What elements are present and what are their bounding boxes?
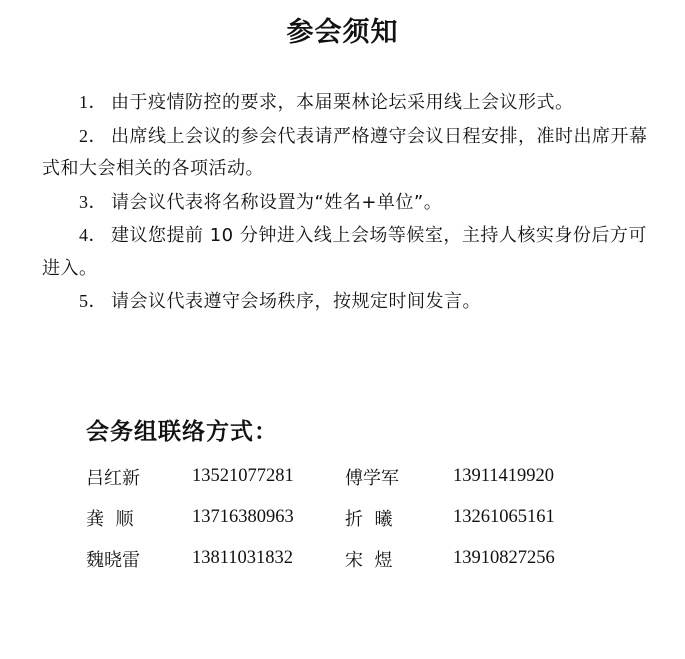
contact-phone: 13521077281 [192,466,345,487]
contact-phone: 13811031832 [192,548,345,569]
notice-list: 1．由于疫情防控的要求，本届栗林论坛采用线上会议形式。 2．出席线上会议的参会代… [42,86,662,319]
contact-phone: 13716380963 [192,507,345,528]
notice-item: 3．请会议代表将名称设置为“姓名+单位”。 [42,186,662,220]
contact-name: 宋 煜 [345,546,453,572]
contact-name: 折 曦 [345,505,453,531]
notice-item-number: 4． [79,225,107,245]
contact-phone: 13261065161 [453,507,606,528]
contact-phone: 13910827256 [453,548,606,569]
notice-item-number: 3． [79,192,107,212]
contact-name: 魏晓雷 [86,546,192,572]
notice-item-text: 由于疫情防控的要求，本届栗林论坛采用线上会议形式。 [111,92,574,113]
contact-name: 吕红新 [86,464,192,490]
contact-row: 龚 顺 13716380963 折 曦 13261065161 [86,497,606,538]
contact-row: 魏晓雷 13811031832 宋 煜 13910827256 [86,538,606,579]
notice-item-number: 2． [79,126,107,146]
notice-item-text: 建议您提前 10 分钟进入线上会场等候室，主持人核实身份后方可进入。 [42,225,647,279]
notice-item: 4．建议您提前 10 分钟进入线上会场等候室，主持人核实身份后方可进入。 [42,219,662,285]
notice-item-text: 请会议代表遵守会场秩序，按规定时间发言。 [111,291,481,312]
contact-name: 龚 顺 [86,505,192,531]
notice-item: 5．请会议代表遵守会场秩序，按规定时间发言。 [42,285,662,319]
contact-name: 傅学军 [345,464,453,490]
contact-phone: 13911419920 [453,466,606,487]
contacts-table: 吕红新 13521077281 傅学军 13911419920 龚 顺 1371… [86,456,606,579]
contacts-heading: 会务组联络方式： [86,413,278,446]
notice-item: 1．由于疫情防控的要求，本届栗林论坛采用线上会议形式。 [42,86,662,120]
page-title: 参会须知 [0,10,685,49]
notice-item: 2．出席线上会议的参会代表请严格遵守会议日程安排，准时出席开幕式和大会相关的各项… [42,120,662,186]
notice-item-text: 出席线上会议的参会代表请严格遵守会议日程安排，准时出席开幕式和大会相关的各项活动… [42,126,648,180]
notice-item-number: 5． [79,291,107,311]
notice-item-text: 请会议代表将名称设置为“姓名+单位”。 [111,192,442,213]
notice-item-number: 1． [79,92,107,112]
contact-row: 吕红新 13521077281 傅学军 13911419920 [86,456,606,497]
